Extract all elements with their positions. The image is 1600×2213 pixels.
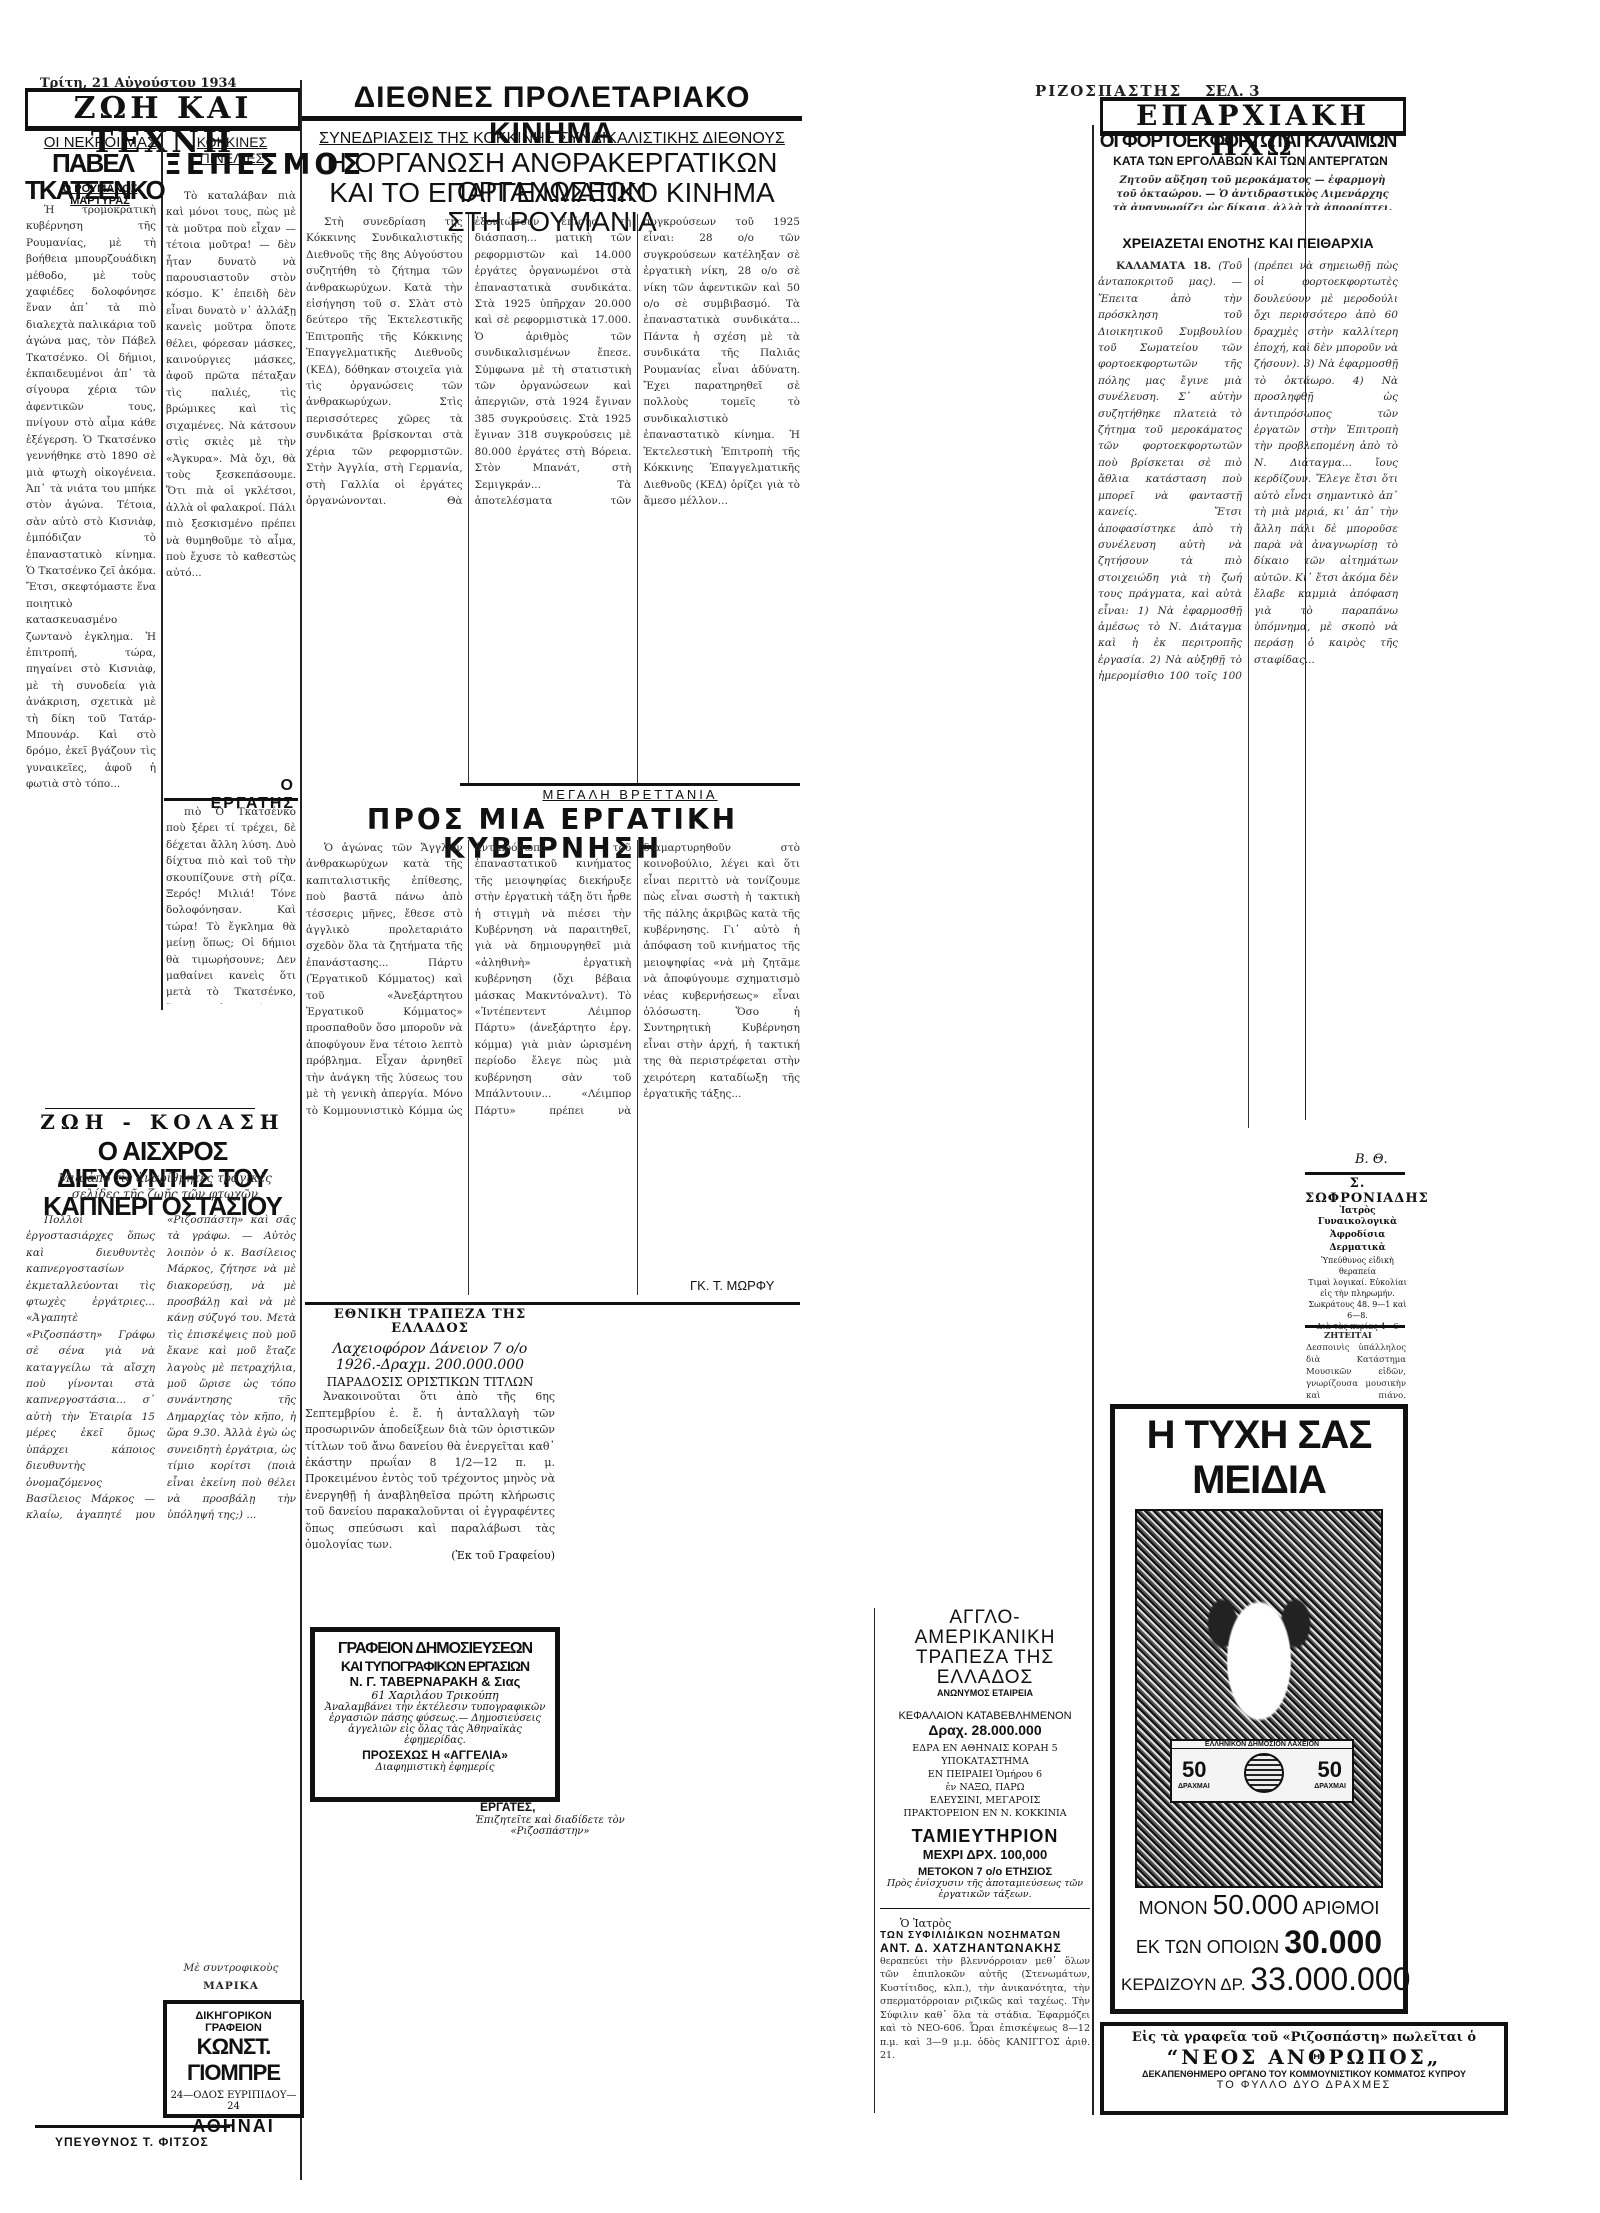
deck-stevedores: Ζητοῦν αὔξηση τοῦ μεροκάματος — ἐφαρμογὴ… <box>1110 174 1395 210</box>
ad-aa-branch: ΥΠΟΚΑΤΑΣΤΗΜΑ <box>880 1755 1090 1768</box>
section-header-life-art: ΖΩΗ ΚΑΙ ΤΕΧΝΗ <box>25 88 301 131</box>
column-rule <box>161 130 163 1010</box>
headline-unity-discipline: ΧΡΕΙΑΖΕΤΑΙ ΕΝΟΤΗΣ ΚΑΙ ΠΕΙΘΑΡΧΙΑ <box>1098 236 1398 251</box>
ad-pub-title1: ΓΡΑΦΕΙΟΝ ΔΗΜΟΣΙΕΥΣΕΩΝ <box>315 1640 555 1658</box>
ad-nb-title: ΕΘΝΙΚΗ ΤΡΑΠΕΖΑ ΤΗΣ ΕΛΛΑΔΟΣ <box>305 1308 555 1335</box>
ad-sof-name: Σ. ΣΩΦΡΟΝΙΑΔΗΣ <box>1305 1176 1410 1206</box>
column-rule <box>874 1608 875 2113</box>
ad-nb-body: Ἀνακοινοῦται ὅτι ἀπὸ τῆς 6ης Σεπτεμβρίου… <box>305 1389 555 1549</box>
ad-neos-anthropos: Εἰς τὰ γραφεῖα τοῦ «Ριζοσπάστη» πωλεῖται… <box>1100 2022 1508 2115</box>
ad-anglo-american-bank: ΑΓΓΛΟ-ΑΜΕΡΙΚΑΝΙΚΗ ΤΡΑΠΕΖΑ ΤΗΣ ΕΛΛΑΔΟΣ ΑΝ… <box>880 1608 1090 2128</box>
article-continuation-xepesmos: πιὸ Ὁ Τκατσένκο ποὺ ξέρει τί τρέχει, δὲ … <box>166 804 296 1004</box>
ad-publications-office: ΓΡΑΦΕΙΟΝ ΔΗΜΟΣΙΕΥΣΕΩΝ ΚΑΙ ΤΥΠΟΓΡΑΦΙΚΩΝ Ε… <box>310 1627 560 1802</box>
divider <box>880 1908 1090 1909</box>
subtitle-stevedores: ΚΑΤΑ ΤΩΝ ΕΡΓΟΛΑΒΩΝ ΚΑΙ ΤΩΝ ΑΝΤΕΡΓΑΤΩΝ <box>1098 155 1403 168</box>
ad-aa-savings-limit: ΜΕΧΡΙ ΔΡΧ. 100,000 <box>880 1847 1090 1862</box>
footer-responsible: ΥΠΕΥΘΥΝΟΣ Τ. ΦΙΤΣΟΣ <box>55 2135 209 2149</box>
article-body-tobacco: Πολλοὶ ἐργοστασιάρχες ὅπως καὶ διευθυντὲ… <box>26 1212 296 1982</box>
ad-wanted: ΖΗΤΕΙΤΑΙ Δεσποινὶς ὑπάλληλος διὰ Κατάστη… <box>1306 1330 1406 1402</box>
divider <box>1305 1172 1405 1175</box>
illustration-smiling-woman <box>1135 1509 1383 1888</box>
divider <box>35 2125 230 2128</box>
ad-law-name: ΚΩΝΣΤ. ΓΙΟΜΠΡΕ <box>167 2034 300 2086</box>
ad-law-address: 24—ΟΔΟΣ ΕΥΡΙΠΙΔΟΥ—24 <box>167 2090 300 2112</box>
ad-neos-price: ΤΟ ΦΥΛΛΟ ΔΥΟ ΔΡΑΧΜΕΣ <box>1104 2079 1504 2091</box>
ad-aa-branch: ἐν ΝΑΞΩ, ΠΑΡΩ <box>880 1781 1090 1794</box>
divider <box>460 783 800 786</box>
ad-doc-specialty: ΤΩΝ ΣΥΦΙΛΙΔΙΚΩΝ ΝΟΣΗΜΑΤΩΝ <box>880 1930 1090 1941</box>
ad-sof-specialties: ΓυναικολογικὰἈφροδίσιαΔερματικὰ <box>1305 1216 1410 1255</box>
kicker-great-britain: ΜΕΓΑΛΗ ΒΡΕΤΤΑΝΙΑ <box>460 787 800 802</box>
ad-pub-title2: ΚΑΙ ΤΥΠΟΓΡΑΦΙΚΩΝ ΕΡΓΑΣΙΩΝ <box>315 1658 555 1674</box>
ad-aa-title2: ΤΡΑΠΕΖΑ ΤΗΣ ΕΛΛΑΔΟΣ <box>880 1648 1090 1688</box>
ad-neos-title: “ΝΕΟΣ ΑΝΘΡΩΠΟΣ„ <box>1104 2045 1504 2069</box>
divider <box>1305 1325 1405 1328</box>
ad-pub-highlight: ΠΡΟΣΕΧΩΣ Η «ΑΓΓΕΛΙΑ» <box>315 1748 555 1762</box>
ad-dr-sofroniadis: Σ. ΣΩΦΡΟΝΙΑΔΗΣ Ἰατρὸς ΓυναικολογικὰἈφροδ… <box>1305 1176 1410 1316</box>
signature-morphy: ΓΚ. Τ. ΜΩΡΦΥ <box>690 1278 774 1293</box>
article-body-tkatsenko: Ἡ τρομοκρατικὴ κυβέρνηση τῆς Ρουμανίας, … <box>26 202 156 1007</box>
ad-sof-line2: Τιμαὶ λογικαί. Εὐκολίαι εἰς τὴν πληρωμήν… <box>1305 1277 1410 1321</box>
ad-doc-name: ΑΝΤ. Δ. ΧΑΤΖΗΑΝΤΩΝΑΚΗΣ <box>880 1941 1090 1955</box>
signature-marika: ΜΑΡΙΚΑ ΚΩΝΣΤΑΝΤΙΝΟΥ <box>166 1978 296 1996</box>
ad-sof-specialty: Γυναικολογικὰ <box>1305 1216 1410 1229</box>
ad-aa-branch: ΕΝ ΠΕΙΡΑΙΕΙ Ὁμήρου 6 <box>880 1768 1090 1781</box>
ad-lottery-headline1: Η ΤΥΧΗ ΣΑΣ ΜΕΙΔΙΑ <box>1115 1413 1403 1503</box>
ad-lottery-line1: ΜΟΝΟΝ 50.000 ΑΡΙΘΜΟΙ <box>1121 1889 1397 1921</box>
kicker-red-union: ΣΥΝΕΔΡΙΑΣΕΙΣ ΤΗΣ ΚΟΚΚΙΝΗΣ ΣΥΝΔΙΚΑΛΙΣΤΙΚΗ… <box>302 130 802 148</box>
article-body-xepesmos: Τὸ καταλάβαν πιὰ καὶ μόνοι τους, πὼς μὲ … <box>166 188 296 773</box>
banknote-seal-icon <box>1244 1753 1284 1793</box>
ad-nb-heading: ΠΑΡΑΔΟΣΙΣ ΟΡΙΣΤΙΚΩΝ ΤΙΤΛΩΝ <box>305 1375 555 1389</box>
illustration-banknote: ΕΛΛΗΝΙΚΟΝ ΔΗΜΟΣΙΟΝ ΛΑΧΕΙΟΝ 50 50 ΔΡΑΧΜΑΙ… <box>1170 1739 1354 1803</box>
signature-bth: Β. Θ. <box>1355 1152 1388 1167</box>
ad-aa-branch: ΕΔΡΑ ΕΝ ΑΘΗΝΑΙΣ ΚΟΡΑΗ 5 <box>880 1742 1090 1755</box>
ad-lottery-line2: ΕΚ ΤΩΝ ΟΠΟΙΩΝ 30.000 <box>1121 1924 1397 1961</box>
ad-doc-body: θεραπεύει τὴν βλεννόρροιαν μεθ᾽ ὅλων τῶν… <box>880 1955 1090 2065</box>
ad-aa-interest: ΜΕΤΟΚΟΝ 7 ο/ο ΕΤΗΣΙΟΣ <box>880 1866 1090 1878</box>
ad-sof-line1: Ὑπεύθυνος εἰδικὴ θεραπεία <box>1305 1255 1410 1277</box>
headline-xepesmos: ΞΕΠΕΣΜΟΣ <box>164 150 297 179</box>
ad-aa-company: ΑΝΩΝΥΜΟΣ ΕΤΑΙΡΕΙΑ <box>880 1688 1090 1698</box>
ad-neos-subtitle: ΔΕΚΑΠΕΝΘΗΜΕΡΟ ΟΡΓΑΝΟ ΤΟΥ ΚΟΜΜΟΥΝΙΣΤΙΚΟΥ … <box>1104 2069 1504 2079</box>
ad-pub-footer: Διαφημιστικὴ ἐφημερίς <box>315 1762 555 1773</box>
section-life-hell: ΖΩΗ - ΚΟΛΑΣΗ <box>25 1112 300 1133</box>
divider <box>305 1302 800 1305</box>
ad-pub-body: Ἀναλαμβάνει τὴν ἐκτέλεσιν τυπογραφικῶν ἐ… <box>315 1702 555 1746</box>
ad-neos-line1: Εἰς τὰ γραφεῖα τοῦ «Ριζοσπάστη» πωλεῖται… <box>1104 2030 1504 2045</box>
ad-pub-name: Ν. Γ. ΤΑΒΕΡΝΑΡΑΚΗ & Σιας <box>315 1674 555 1689</box>
ad-aa-note: Πρὸς ἐνίσχυσιν τῆς ἀποταμιεύσεως τῶν ἐργ… <box>880 1878 1090 1900</box>
ad-workers-title: ΕΡΓΑΤΕΣ, <box>480 1800 535 1814</box>
ad-pub-address: 61 Χαριλάου Τρικούπη <box>315 1689 555 1702</box>
ad-aa-capital: Δραχ. 28.000.000 <box>880 1722 1090 1738</box>
article-body-england: Ὁ ἀγώνας τῶν Ἄγγλων ἀνθρακωρύχων κατὰ τῆ… <box>306 840 800 1295</box>
article-body-romania: Στὴ συνεδρίαση τῆς Κόκκινης Συνδικαλιστι… <box>306 214 800 784</box>
ad-aa-capital-label: ΚΕΦΑΛΑΙΟΝ ΚΑΤΑΒΕΒΛΗΜΕΝΟΝ <box>880 1710 1090 1722</box>
ad-nb-line1: Λαχειοφόρον Δάνειον 7 ο/ο <box>305 1341 555 1357</box>
article-body-kalamata: ΚΑΛΑΜΑΤΑ 18. (Τοῦ ἀνταποκριτοῦ μας). — Ἔ… <box>1098 258 1398 1128</box>
ad-workers-body: Ἐπιζητεῖτε καὶ διαδίδετε τὸν «Ριζοσπάστη… <box>470 1815 630 1837</box>
column-rule <box>1092 125 1094 2115</box>
ad-nb-source: (Ἐκ τοῦ Γραφείου) <box>305 1549 555 1562</box>
ad-lottery-line3: ΚΕΡΔΙΖΟΥΝ ΔΡ. 33.000.000 <box>1121 1961 1397 1998</box>
ad-sof-specialty: Ἀφροδίσια <box>1305 1229 1410 1242</box>
ad-aa-branch: ΕΛΕΥΣΙΝΙ, ΜΕΓΑΡΟΙΣ <box>880 1794 1090 1807</box>
ad-nb-line2: 1926.-Δραχμ. 200.000.000 <box>305 1357 555 1373</box>
ad-national-bank: ΕΘΝΙΚΗ ΤΡΑΠΕΖΑ ΤΗΣ ΕΛΛΑΔΟΣ Λαχειοφόρον Δ… <box>305 1308 555 1598</box>
divider <box>164 798 298 801</box>
ad-doc-intro: Ὁ Ἰατρὸς <box>880 1917 1090 1930</box>
ad-sof-specialty: Δερματικὰ <box>1305 1242 1410 1255</box>
ad-lottery: Η ΤΥΧΗ ΣΑΣ ΜΕΙΔΙΑ ΑΓΓΙΞΑΤΕ ΤΟ ΧΕΡΙ ΕΛΛΗΝ… <box>1110 1404 1408 2014</box>
signature-prefix: Μὲ συντροφικοὺς χαιρετισμοὺς <box>166 1960 296 1978</box>
ad-law-office: ΔΙΚΗΓΟΡΙΚΟΝ ΓΡΑΦΕΙΟΝ ΚΩΝΣΤ. ΓΙΟΜΠΡΕ 24—Ο… <box>163 2000 304 2118</box>
ad-aa-savings: ΤΑΜΙΕΥΤΗΡΙΟΝ <box>880 1826 1090 1847</box>
section-header-international: ΔΙΕΘΝΕΣ ΠΡΟΛΕΤΑΡΙΑΚΟ ΚΙΝΗΜΑ <box>302 80 802 121</box>
subtitle-tobacco: Μιὰ ἀπὸ τὶς ἀναρίθμητες τραγικὲς σελίδες… <box>40 1170 290 1204</box>
divider <box>45 1108 255 1109</box>
ad-law-title: ΔΙΚΗΓΟΡΙΚΟΝ ΓΡΑΦΕΙΟΝ <box>167 2010 300 2034</box>
ad-sof-title: Ἰατρὸς <box>1305 1206 1410 1216</box>
column-rule <box>300 80 302 2180</box>
ad-aa-title1: ΑΓΓΛΟ-ΑΜΕΡΙΚΑΝΙΚΗ <box>880 1608 1090 1648</box>
ad-aa-branch: ΠΡΑΚΤΟΡΕΙΟΝ ΕΝ Ν. ΚΟΚΚΙΝΙΑ <box>880 1807 1090 1820</box>
ad-aa-branches: ΕΔΡΑ ΕΝ ΑΘΗΝΑΙΣ ΚΟΡΑΗ 5ΥΠΟΚΑΤΑΣΤΗΜΑΕΝ ΠΕ… <box>880 1742 1090 1820</box>
headline-stevedores: ΟΙ ΦΟΡΤΟΕΚΦΟΡΤΩΤΑΙ ΚΑΛΑΜΩΝ <box>1098 132 1398 152</box>
